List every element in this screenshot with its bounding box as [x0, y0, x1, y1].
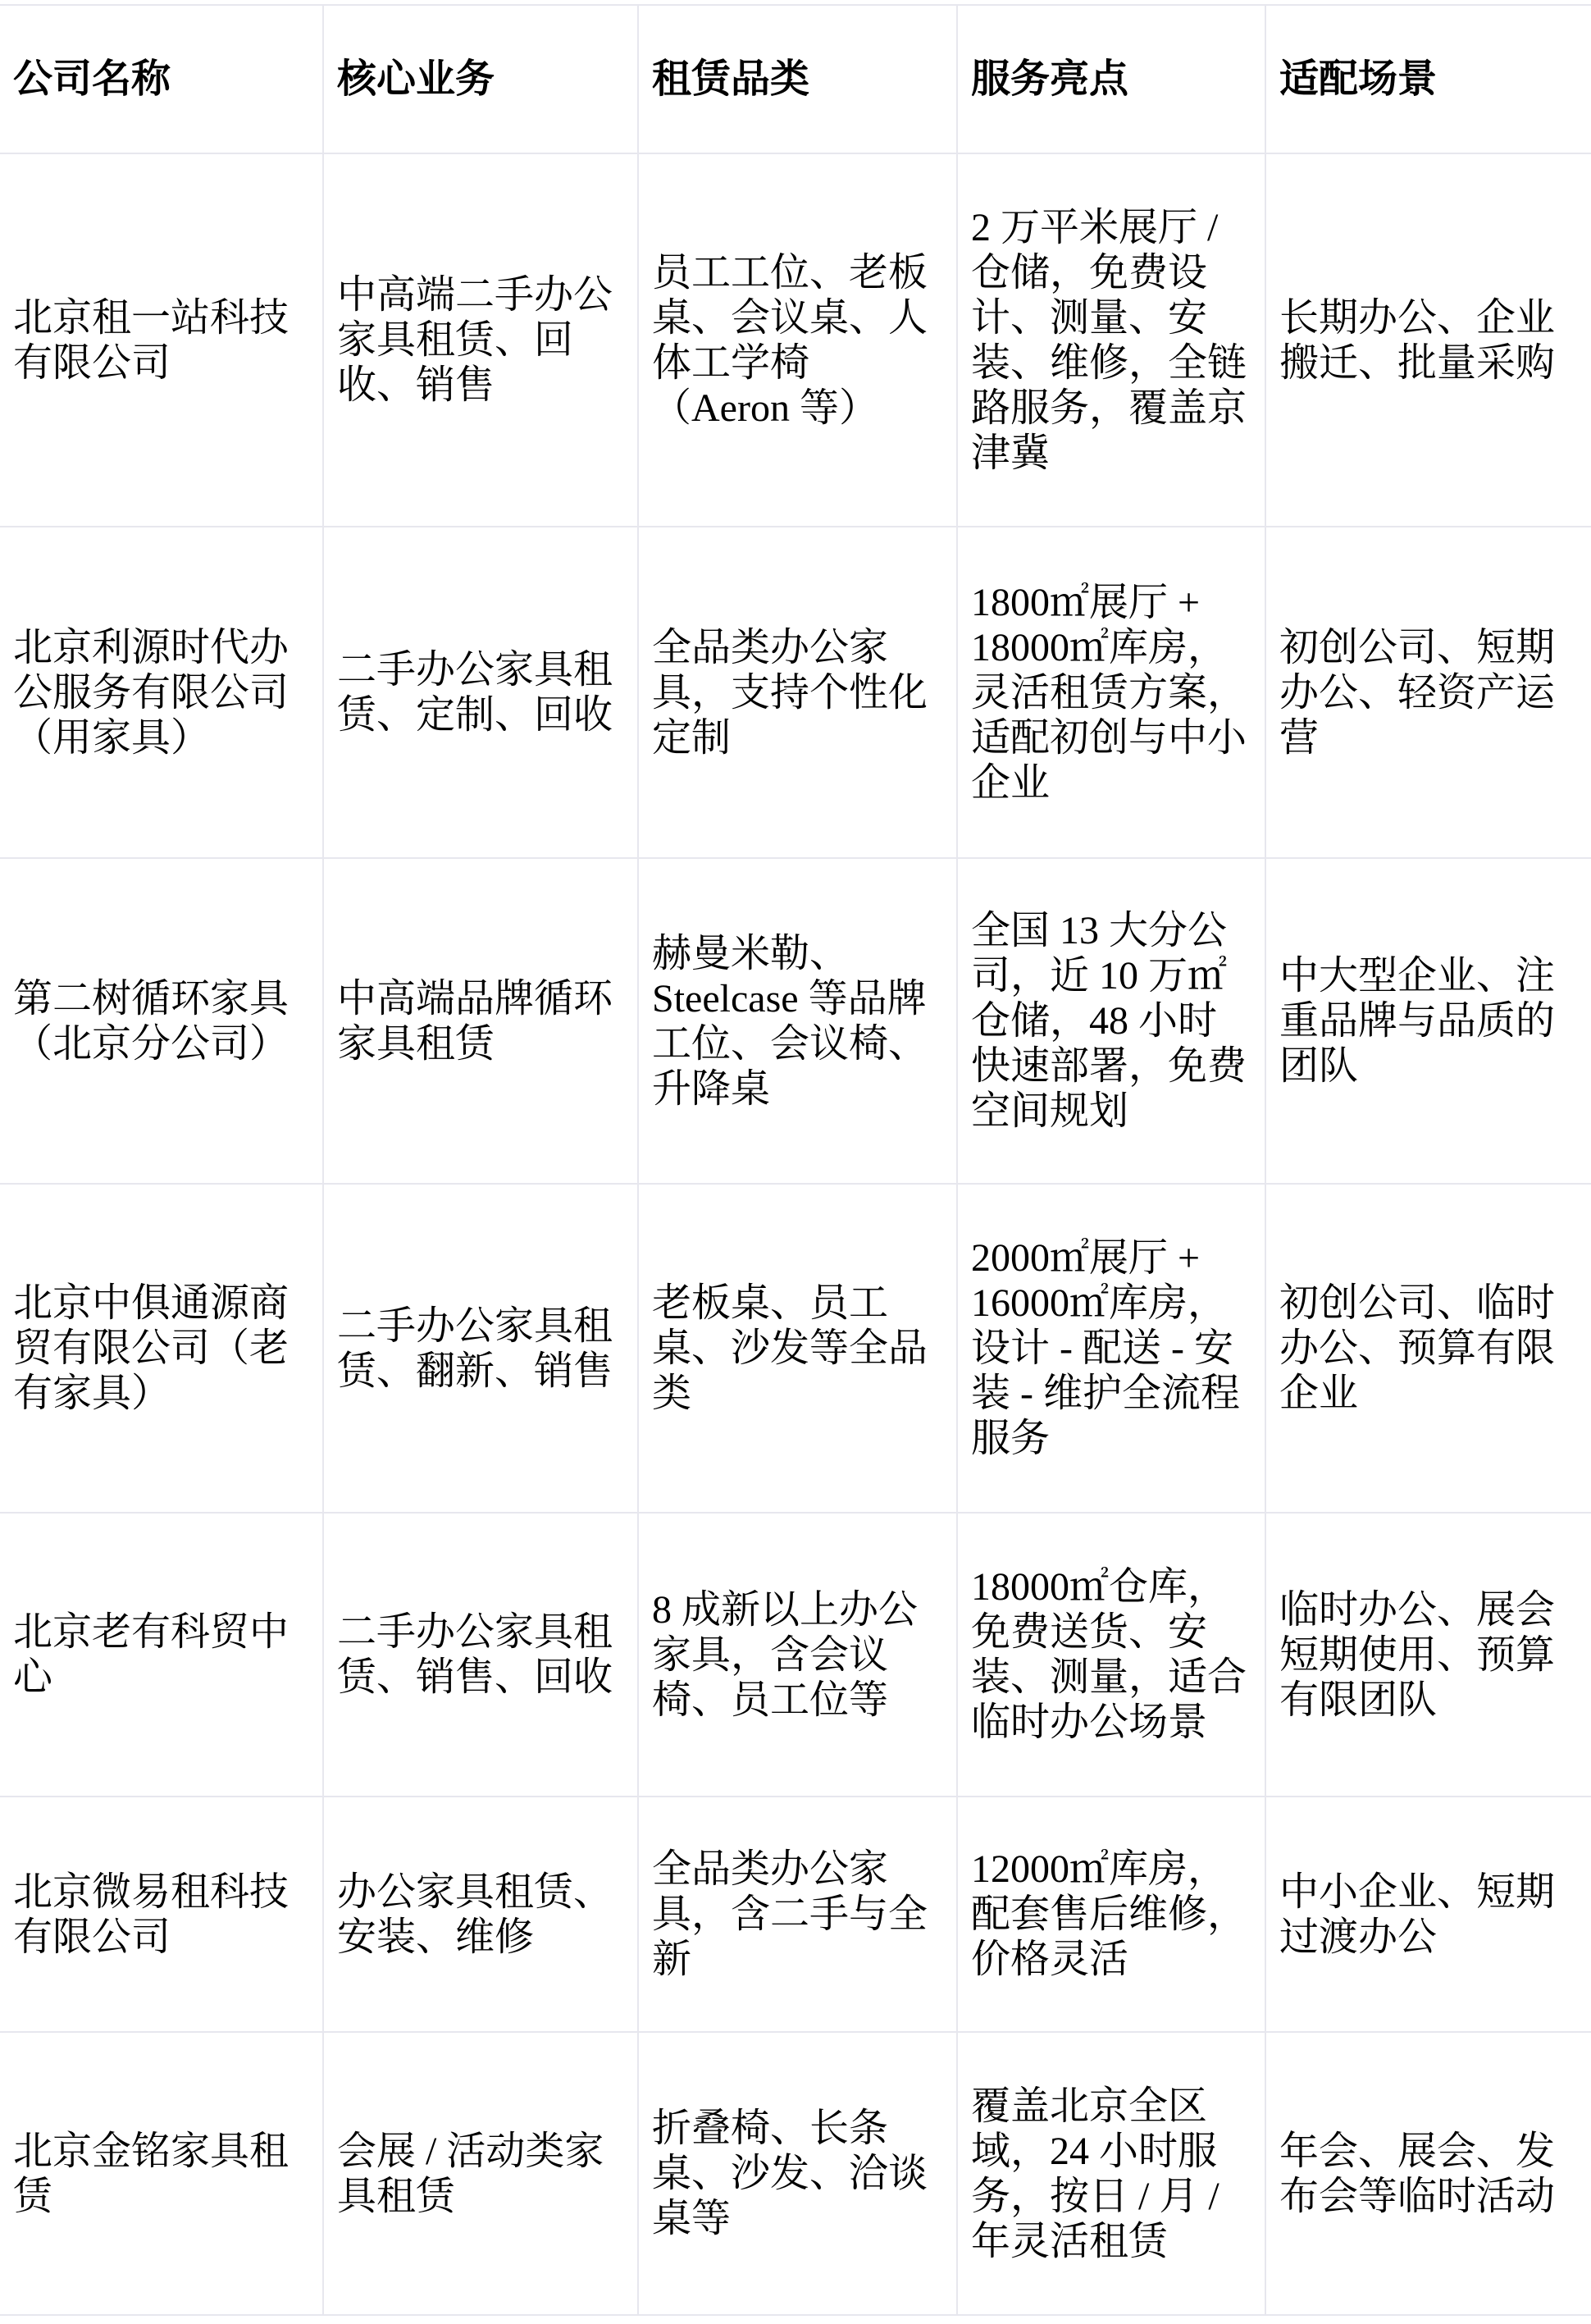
table-row: 北京利源时代办公服务有限公司（用家具） 二手办公家具租赁、定制、回收 全品类办公…	[0, 527, 1591, 858]
table-cell-highlights: 18000㎡仓库，免费送货、安装、测量，适合临时办公场景	[957, 1513, 1265, 1797]
header-cell-categories: 租赁品类	[638, 5, 957, 153]
table-cell-business: 二手办公家具租赁、销售、回收	[323, 1513, 638, 1797]
table-cell-categories: 折叠椅、长条桌、沙发、洽谈桌等	[638, 2032, 957, 2315]
table-row: 北京金铭家具租赁 会展 / 活动类家具租赁 折叠椅、长条桌、沙发、洽谈桌等 覆盖…	[0, 2032, 1591, 2315]
table-cell-scenarios: 临时办公、展会短期使用、预算有限团队	[1265, 1513, 1591, 1797]
table-cell-company: 第二树循环家具（北京分公司）	[0, 858, 323, 1184]
table-row: 北京租一站科技有限公司 中高端二手办公家具租赁、回收、销售 员工工位、老板桌、会…	[0, 153, 1591, 527]
table-cell-business: 会展 / 活动类家具租赁	[323, 2032, 638, 2315]
table-cell-highlights: 2 万平米展厅 / 仓储，免费设计、测量、安装、维修，全链路服务，覆盖京津冀	[957, 153, 1265, 527]
table-cell-highlights: 2000㎡展厅 + 16000㎡库房，设计 - 配送 - 安装 - 维护全流程服…	[957, 1184, 1265, 1513]
page: 公司名称 核心业务 租赁品类 服务亮点 适配场景 北京租一站科技有限公司 中高端…	[0, 0, 1591, 2316]
table-row: 北京中俱通源商贸有限公司（老有家具） 二手办公家具租赁、翻新、销售 老板桌、员工…	[0, 1184, 1591, 1513]
table-cell-scenarios: 中大型企业、注重品牌与品质的团队	[1265, 858, 1591, 1184]
table-cell-highlights: 覆盖北京全区域，24 小时服务，按日 / 月 / 年灵活租赁	[957, 2032, 1265, 2315]
table-cell-scenarios: 初创公司、临时办公、预算有限企业	[1265, 1184, 1591, 1513]
table-cell-company: 北京租一站科技有限公司	[0, 153, 323, 527]
table-cell-highlights: 全国 13 大分公司，近 10 万㎡仓储，48 小时快速部署，免费空间规划	[957, 858, 1265, 1184]
table-cell-scenarios: 年会、展会、发布会等临时活动	[1265, 2032, 1591, 2315]
table-cell-highlights: 1800㎡展厅 + 18000㎡库房，灵活租赁方案，适配初创与中小企业	[957, 527, 1265, 858]
header-cell-business: 核心业务	[323, 5, 638, 153]
table-cell-categories: 全品类办公家具，支持个性化定制	[638, 527, 957, 858]
table-row: 第二树循环家具（北京分公司） 中高端品牌循环家具租赁 赫曼米勒、Steelcas…	[0, 858, 1591, 1184]
table-cell-company: 北京微易租科技有限公司	[0, 1797, 323, 2032]
table-cell-company: 北京金铭家具租赁	[0, 2032, 323, 2315]
table-cell-company: 北京中俱通源商贸有限公司（老有家具）	[0, 1184, 323, 1513]
table-cell-business: 二手办公家具租赁、定制、回收	[323, 527, 638, 858]
table-cell-categories: 8 成新以上办公家具，含会议椅、员工位等	[638, 1513, 957, 1797]
table-cell-scenarios: 中小企业、短期过渡办公	[1265, 1797, 1591, 2032]
header-cell-scenarios: 适配场景	[1265, 5, 1591, 153]
table-cell-scenarios: 长期办公、企业搬迁、批量采购	[1265, 153, 1591, 527]
table-cell-business: 中高端二手办公家具租赁、回收、销售	[323, 153, 638, 527]
table-cell-categories: 老板桌、员工桌、沙发等全品类	[638, 1184, 957, 1513]
table-cell-business: 二手办公家具租赁、翻新、销售	[323, 1184, 638, 1513]
header-cell-highlights: 服务亮点	[957, 5, 1265, 153]
table-cell-categories: 员工工位、老板桌、会议桌、人体工学椅（Aeron 等）	[638, 153, 957, 527]
company-comparison-table: 公司名称 核心业务 租赁品类 服务亮点 适配场景 北京租一站科技有限公司 中高端…	[0, 4, 1591, 2316]
table-cell-categories: 全品类办公家具，含二手与全新	[638, 1797, 957, 2032]
table-cell-scenarios: 初创公司、短期办公、轻资产运营	[1265, 527, 1591, 858]
table-row: 北京老有科贸中心 二手办公家具租赁、销售、回收 8 成新以上办公家具，含会议椅、…	[0, 1513, 1591, 1797]
table-cell-company: 北京利源时代办公服务有限公司（用家具）	[0, 527, 323, 858]
table-header-row: 公司名称 核心业务 租赁品类 服务亮点 适配场景	[0, 5, 1591, 153]
table-cell-company: 北京老有科贸中心	[0, 1513, 323, 1797]
header-cell-company: 公司名称	[0, 5, 323, 153]
table-cell-highlights: 12000㎡库房，配套售后维修，价格灵活	[957, 1797, 1265, 2032]
table-row: 北京微易租科技有限公司 办公家具租赁、安装、维修 全品类办公家具，含二手与全新 …	[0, 1797, 1591, 2032]
table-cell-business: 办公家具租赁、安装、维修	[323, 1797, 638, 2032]
table-cell-categories: 赫曼米勒、Steelcase 等品牌工位、会议椅、升降桌	[638, 858, 957, 1184]
table-cell-business: 中高端品牌循环家具租赁	[323, 858, 638, 1184]
